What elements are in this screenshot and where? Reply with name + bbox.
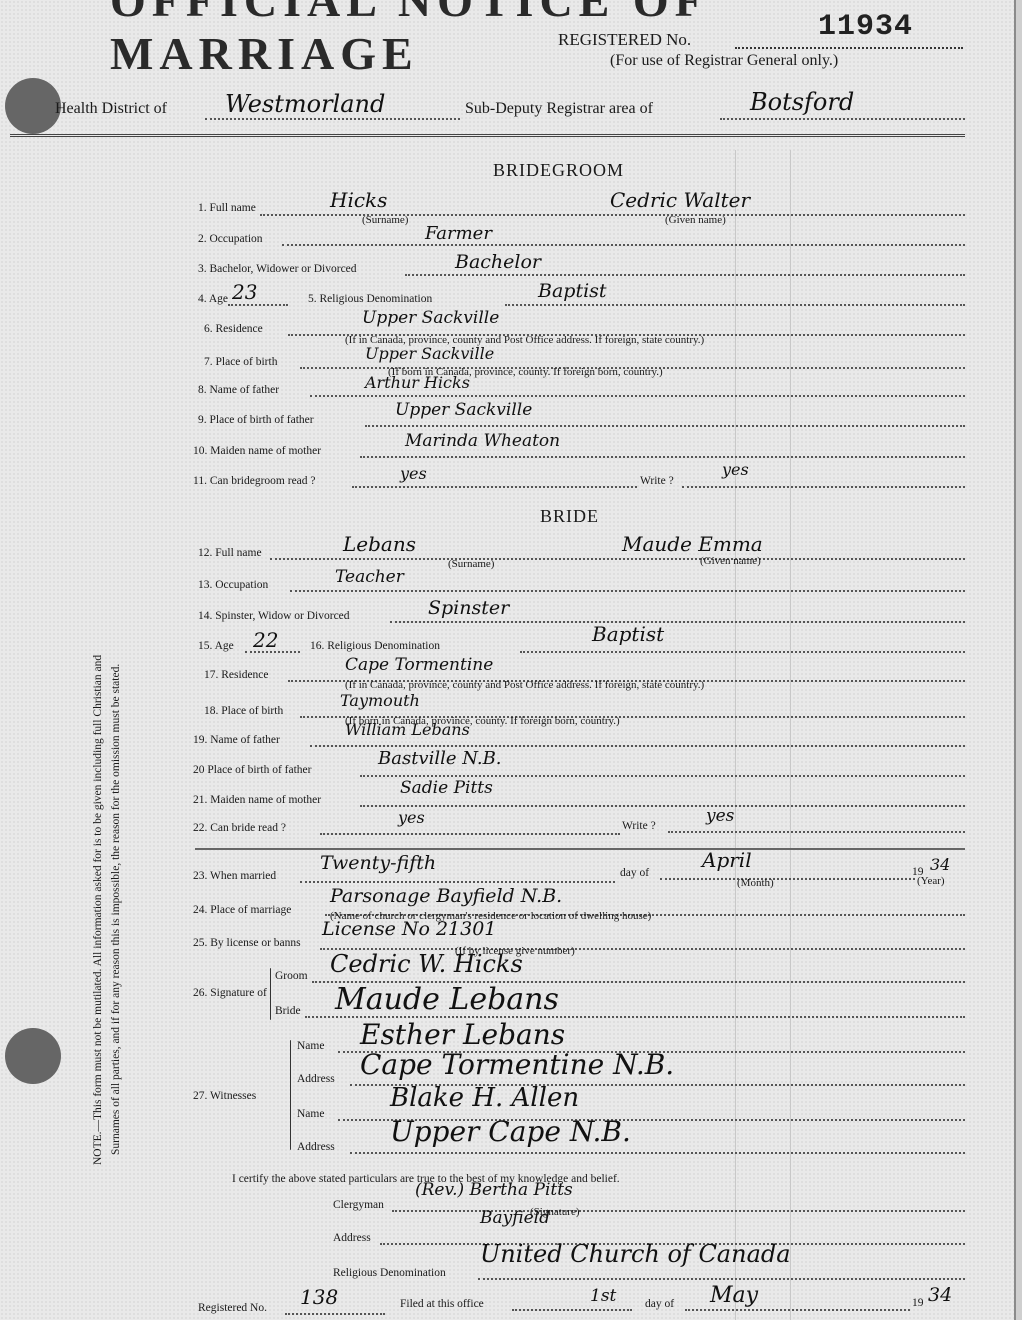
filing-registered-no-label: Registered No.	[198, 1302, 267, 1314]
dotted-line	[668, 831, 965, 833]
filed-day: 1st	[590, 1286, 616, 1306]
fold-line	[790, 150, 791, 1320]
bride-surname: Lebans	[343, 532, 416, 556]
section-rule	[195, 848, 965, 850]
punch-hole	[5, 1028, 61, 1084]
groom-status: Bachelor	[455, 251, 541, 273]
groom-mother: Marinda Wheaton	[405, 431, 560, 451]
sub-deputy-value: Botsford	[750, 88, 854, 116]
bride-write: yes	[706, 806, 734, 826]
groom-religion-label: 5. Religious Denomination	[308, 293, 432, 305]
registered-no-line	[735, 47, 963, 49]
groom-occupation-label: 2. Occupation	[198, 233, 263, 245]
groom-birthplace-label: 7. Place of birth	[204, 356, 277, 368]
bride-age-label: 15. Age	[198, 640, 234, 652]
dotted-line	[300, 881, 615, 883]
clergy-address-label: Address	[333, 1232, 371, 1244]
surname-caption: (Surname)	[362, 214, 408, 226]
groom-read-label: 11. Can bridegroom read ?	[193, 475, 316, 487]
header-rule	[10, 134, 965, 137]
dotted-line	[405, 274, 965, 276]
dotted-line	[360, 456, 965, 458]
bride-religion: Baptist	[592, 622, 664, 646]
witnesses-brace	[290, 1040, 291, 1150]
marriage-notice-page: OFFICIAL NOTICE OF MARRIAGE 11934 REGIST…	[0, 0, 1022, 1320]
groom-write: yes	[722, 460, 749, 479]
dotted-line	[390, 621, 965, 623]
witness2-address: Upper Cape N.B.	[390, 1115, 631, 1148]
dotted-line	[285, 1313, 385, 1315]
license-number: License No 21301	[322, 918, 496, 940]
filed-month: May	[710, 1283, 758, 1308]
witness2-name: Blake H. Allen	[390, 1083, 579, 1113]
dotted-line	[205, 118, 460, 120]
dotted-line	[290, 590, 965, 592]
page-edge	[1014, 0, 1022, 1320]
marriage-place: Parsonage Bayfield N.B.	[330, 885, 562, 907]
groom-father-birthplace-label: 9. Place of birth of father	[198, 414, 314, 426]
bride-status: Spinster	[428, 597, 509, 619]
filing-year: 34	[928, 1284, 952, 1306]
dotted-line	[310, 395, 965, 397]
bride-write-label: Write ?	[622, 820, 656, 832]
dotted-line	[228, 304, 288, 306]
dotted-line	[520, 651, 965, 653]
dotted-line	[360, 775, 965, 777]
given-name-caption: (Given name)	[700, 555, 761, 567]
dotted-line	[505, 304, 965, 306]
dotted-line	[282, 244, 965, 246]
bridegroom-heading: BRIDEGROOM	[493, 160, 624, 181]
bride-full-name-label: 12. Full name	[198, 547, 262, 559]
clergyman-signature: (Rev.) Bertha Pitts	[415, 1180, 573, 1200]
groom-mother-label: 10. Maiden name of mother	[193, 445, 321, 457]
place-of-marriage-label: 24. Place of marriage	[193, 904, 291, 916]
bride-heading: BRIDE	[540, 506, 599, 527]
bride-age: 22	[253, 628, 278, 652]
groom-father-birthplace: Upper Sackville	[395, 400, 532, 420]
signature-label: 26. Signature of	[193, 987, 267, 999]
bride-occupation-label: 13. Occupation	[198, 579, 268, 591]
bride-status-label: 14. Spinster, Widow or Divorced	[198, 610, 350, 622]
health-district-label: Health District of	[55, 100, 167, 118]
witness1-name-label: Name	[297, 1040, 324, 1052]
sub-deputy-label: Sub-Deputy Registrar area of	[465, 100, 653, 118]
groom-surname: Hicks	[330, 188, 387, 212]
groom-signature: Cedric W. Hicks	[330, 950, 523, 978]
bride-mother: Sadie Pitts	[400, 778, 493, 798]
fold-line	[735, 150, 736, 1320]
witness2-address-label: Address	[297, 1141, 335, 1153]
bride-father-birthplace: Bastville N.B.	[378, 748, 502, 769]
dotted-line	[478, 1278, 965, 1280]
punch-hole	[5, 78, 61, 134]
bride-residence-label: 17. Residence	[204, 669, 269, 681]
dotted-line	[685, 1309, 910, 1311]
side-note-line1: NOTE.—This form must not be mutilated. A…	[92, 655, 104, 1165]
health-district-value: Westmorland	[225, 90, 385, 118]
groom-residence: Upper Sackville	[362, 308, 499, 328]
bride-sig-label: Bride	[275, 1005, 301, 1017]
dotted-line	[660, 878, 915, 880]
groom-father-label: 8. Name of father	[198, 384, 279, 396]
clergy-address: Bayfield	[480, 1208, 550, 1228]
groom-birthplace: Upper Sackville	[365, 344, 494, 363]
groom-occupation: Farmer	[425, 223, 492, 244]
dotted-line	[352, 486, 637, 488]
bride-religion-label: 16. Religious Denomination	[310, 640, 440, 652]
bride-father: William Lebans	[345, 720, 470, 739]
clergyman-label: Clergyman	[333, 1199, 384, 1211]
license-label: 25. By license or banns	[193, 937, 301, 949]
dotted-line	[360, 805, 965, 807]
day-of-label: day of	[620, 867, 649, 879]
residence-caption: (If in Canada, province, county and Post…	[345, 679, 704, 691]
bride-given-name: Maude Emma	[622, 532, 763, 556]
witness1-address-label: Address	[297, 1073, 335, 1085]
signature-brace	[270, 968, 271, 1020]
registered-number: 11934	[818, 10, 913, 44]
marriage-year: 34	[930, 855, 950, 874]
dotted-line	[365, 425, 965, 427]
groom-religion: Baptist	[538, 280, 607, 302]
bride-occupation: Teacher	[335, 567, 404, 587]
bride-birthplace: Taymouth	[340, 691, 420, 710]
year-caption: (Year)	[917, 875, 945, 887]
dotted-line	[350, 1152, 965, 1154]
surname-caption: (Surname)	[448, 558, 494, 570]
witness1-address: Cape Tormentine N.B.	[360, 1048, 674, 1081]
witness2-name-label: Name	[297, 1108, 324, 1120]
filed-label: Filed at this office	[400, 1298, 484, 1310]
bride-father-birthplace-label: 20 Place of birth of father	[193, 764, 311, 776]
dotted-line	[320, 833, 620, 835]
groom-sig-label: Groom	[275, 970, 308, 982]
marriage-day: Twenty-fifth	[320, 852, 436, 874]
dotted-line	[270, 558, 965, 560]
groom-status-label: 3. Bachelor, Widower or Divorced	[198, 263, 357, 275]
marriage-month: April	[702, 848, 752, 872]
witnesses-label: 27. Witnesses	[193, 1090, 256, 1102]
dotted-line	[720, 118, 965, 120]
bride-father-label: 19. Name of father	[193, 734, 280, 746]
witness1-name: Esther Lebans	[360, 1018, 565, 1051]
bride-signature: Maude Lebans	[335, 982, 559, 1017]
bride-read: yes	[398, 808, 425, 827]
bride-mother-label: 21. Maiden name of mother	[193, 794, 321, 806]
dotted-line	[512, 1309, 632, 1311]
bride-read-label: 22. Can bride read ?	[193, 822, 286, 834]
month-caption: (Month)	[737, 877, 774, 889]
dotted-line	[310, 745, 965, 747]
given-name-caption: (Given name)	[665, 214, 726, 226]
groom-read: yes	[400, 464, 427, 483]
groom-residence-label: 6. Residence	[204, 323, 263, 335]
filing-year-prefix: 19	[912, 1297, 924, 1309]
clergy-denomination: United Church of Canada	[480, 1240, 791, 1268]
side-note-line2: Surnames of all parties, and if for any …	[110, 664, 122, 1155]
groom-age-label: 4. Age	[198, 293, 228, 305]
registrar-note: (For use of Registrar General only.)	[610, 52, 838, 70]
clergy-denomination-label: Religious Denomination	[333, 1267, 446, 1279]
groom-full-name-label: 1. Full name	[198, 202, 256, 214]
when-married-label: 23. When married	[193, 870, 276, 882]
registered-no-label: REGISTERED No.	[558, 30, 691, 50]
filing-registered-no: 138	[300, 1285, 338, 1309]
groom-father: Arthur Hicks	[365, 373, 470, 392]
dotted-line	[392, 1210, 965, 1212]
bride-birthplace-label: 18. Place of birth	[204, 705, 283, 717]
filing-day-of-label: day of	[645, 1298, 674, 1310]
groom-given-name: Cedric Walter	[610, 188, 750, 212]
dotted-line	[682, 486, 965, 488]
bride-residence: Cape Tormentine	[345, 655, 493, 675]
groom-write-label: Write ?	[640, 475, 674, 487]
groom-age: 23	[232, 280, 257, 304]
